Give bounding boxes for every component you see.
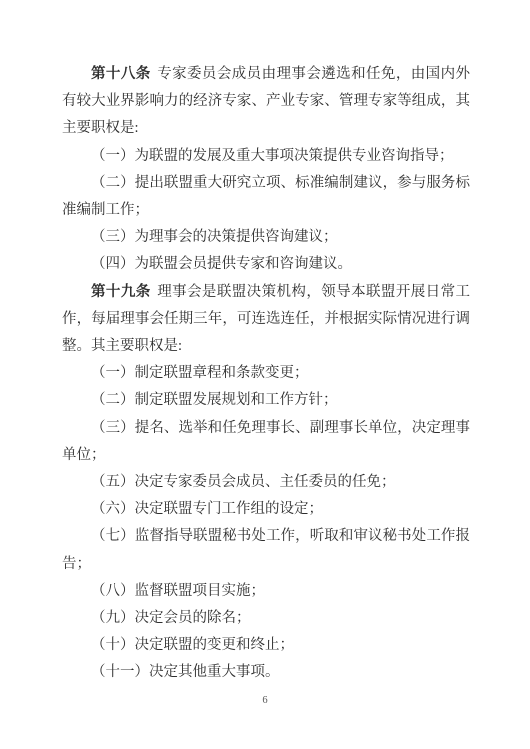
paragraph-text: （四）为联盟会员提供专家和咨询建议。 [91,256,352,272]
paragraph: （十）决定联盟的变更和终止； [62,632,470,659]
paragraph: （十一）决定其他重大事项。 [62,659,470,686]
document-page: 第十八条专家委员会成员由理事会遴选和任免，由国内外有较大业界影响力的经济专家、产… [0,0,530,749]
paragraph: （八）监督联盟项目实施； [62,578,470,605]
paragraph-text: （七）监督指导联盟秘书处工作，听取和审议秘书处工作报告； [62,528,470,571]
paragraph-text: （十）决定联盟的变更和终止； [91,637,294,653]
paragraph: （二）提出联盟重大研究立项、标准编制建议，参与服务标准编制工作； [62,170,470,224]
paragraph-text: （十一）决定其他重大事项。 [91,664,280,680]
paragraph: 第十八条专家委员会成员由理事会遴选和任免，由国内外有较大业界影响力的经济专家、产… [62,61,470,143]
paragraph-text: （八）监督联盟项目实施； [91,583,265,599]
paragraph-text: （二）制定联盟发展规划和工作方针； [91,392,338,408]
paragraph-text: （二）提出联盟重大研究立项、标准编制建议，参与服务标准编制工作； [62,175,470,218]
paragraph: （一）制定联盟章程和条款变更； [62,360,470,387]
paragraph-text: （九）决定会员的除名； [91,610,251,626]
paragraph-text: （三）提名、选举和任免理事长、副理事长单位，决定理事单位； [62,420,470,463]
paragraph-text: （六）决定联盟专门工作组的设定； [91,501,323,517]
paragraph-text: （五）决定专家委员会成员、主任委员的任免； [91,474,396,490]
paragraph: （九）决定会员的除名； [62,605,470,632]
paragraph: （二）制定联盟发展规划和工作方针； [62,387,470,414]
page-number: 6 [0,694,530,708]
paragraph: （五）决定专家委员会成员、主任委员的任免； [62,469,470,496]
document-body: 第十八条专家委员会成员由理事会遴选和任免，由国内外有较大业界影响力的经济专家、产… [62,61,470,687]
article-number: 第十九条 [91,284,151,300]
article-number: 第十八条 [91,66,151,82]
paragraph-text: （一）为联盟的发展及重大事项决策提供专业咨询指导； [91,148,454,164]
paragraph-text: （三）为理事会的决策提供咨询建议； [91,229,338,245]
paragraph-text: （一）制定联盟章程和条款变更； [91,365,309,381]
paragraph: 第十九条理事会是联盟决策机构，领导本联盟开展日常工作，每届理事会任期三年，可连选… [62,279,470,361]
paragraph: （七）监督指导联盟秘书处工作，听取和审议秘书处工作报告； [62,523,470,577]
paragraph: （四）为联盟会员提供专家和咨询建议。 [62,251,470,278]
paragraph: （六）决定联盟专门工作组的设定； [62,496,470,523]
paragraph: （三）提名、选举和任免理事长、副理事长单位，决定理事单位； [62,415,470,469]
paragraph: （一）为联盟的发展及重大事项决策提供专业咨询指导； [62,143,470,170]
paragraph: （三）为理事会的决策提供咨询建议； [62,224,470,251]
